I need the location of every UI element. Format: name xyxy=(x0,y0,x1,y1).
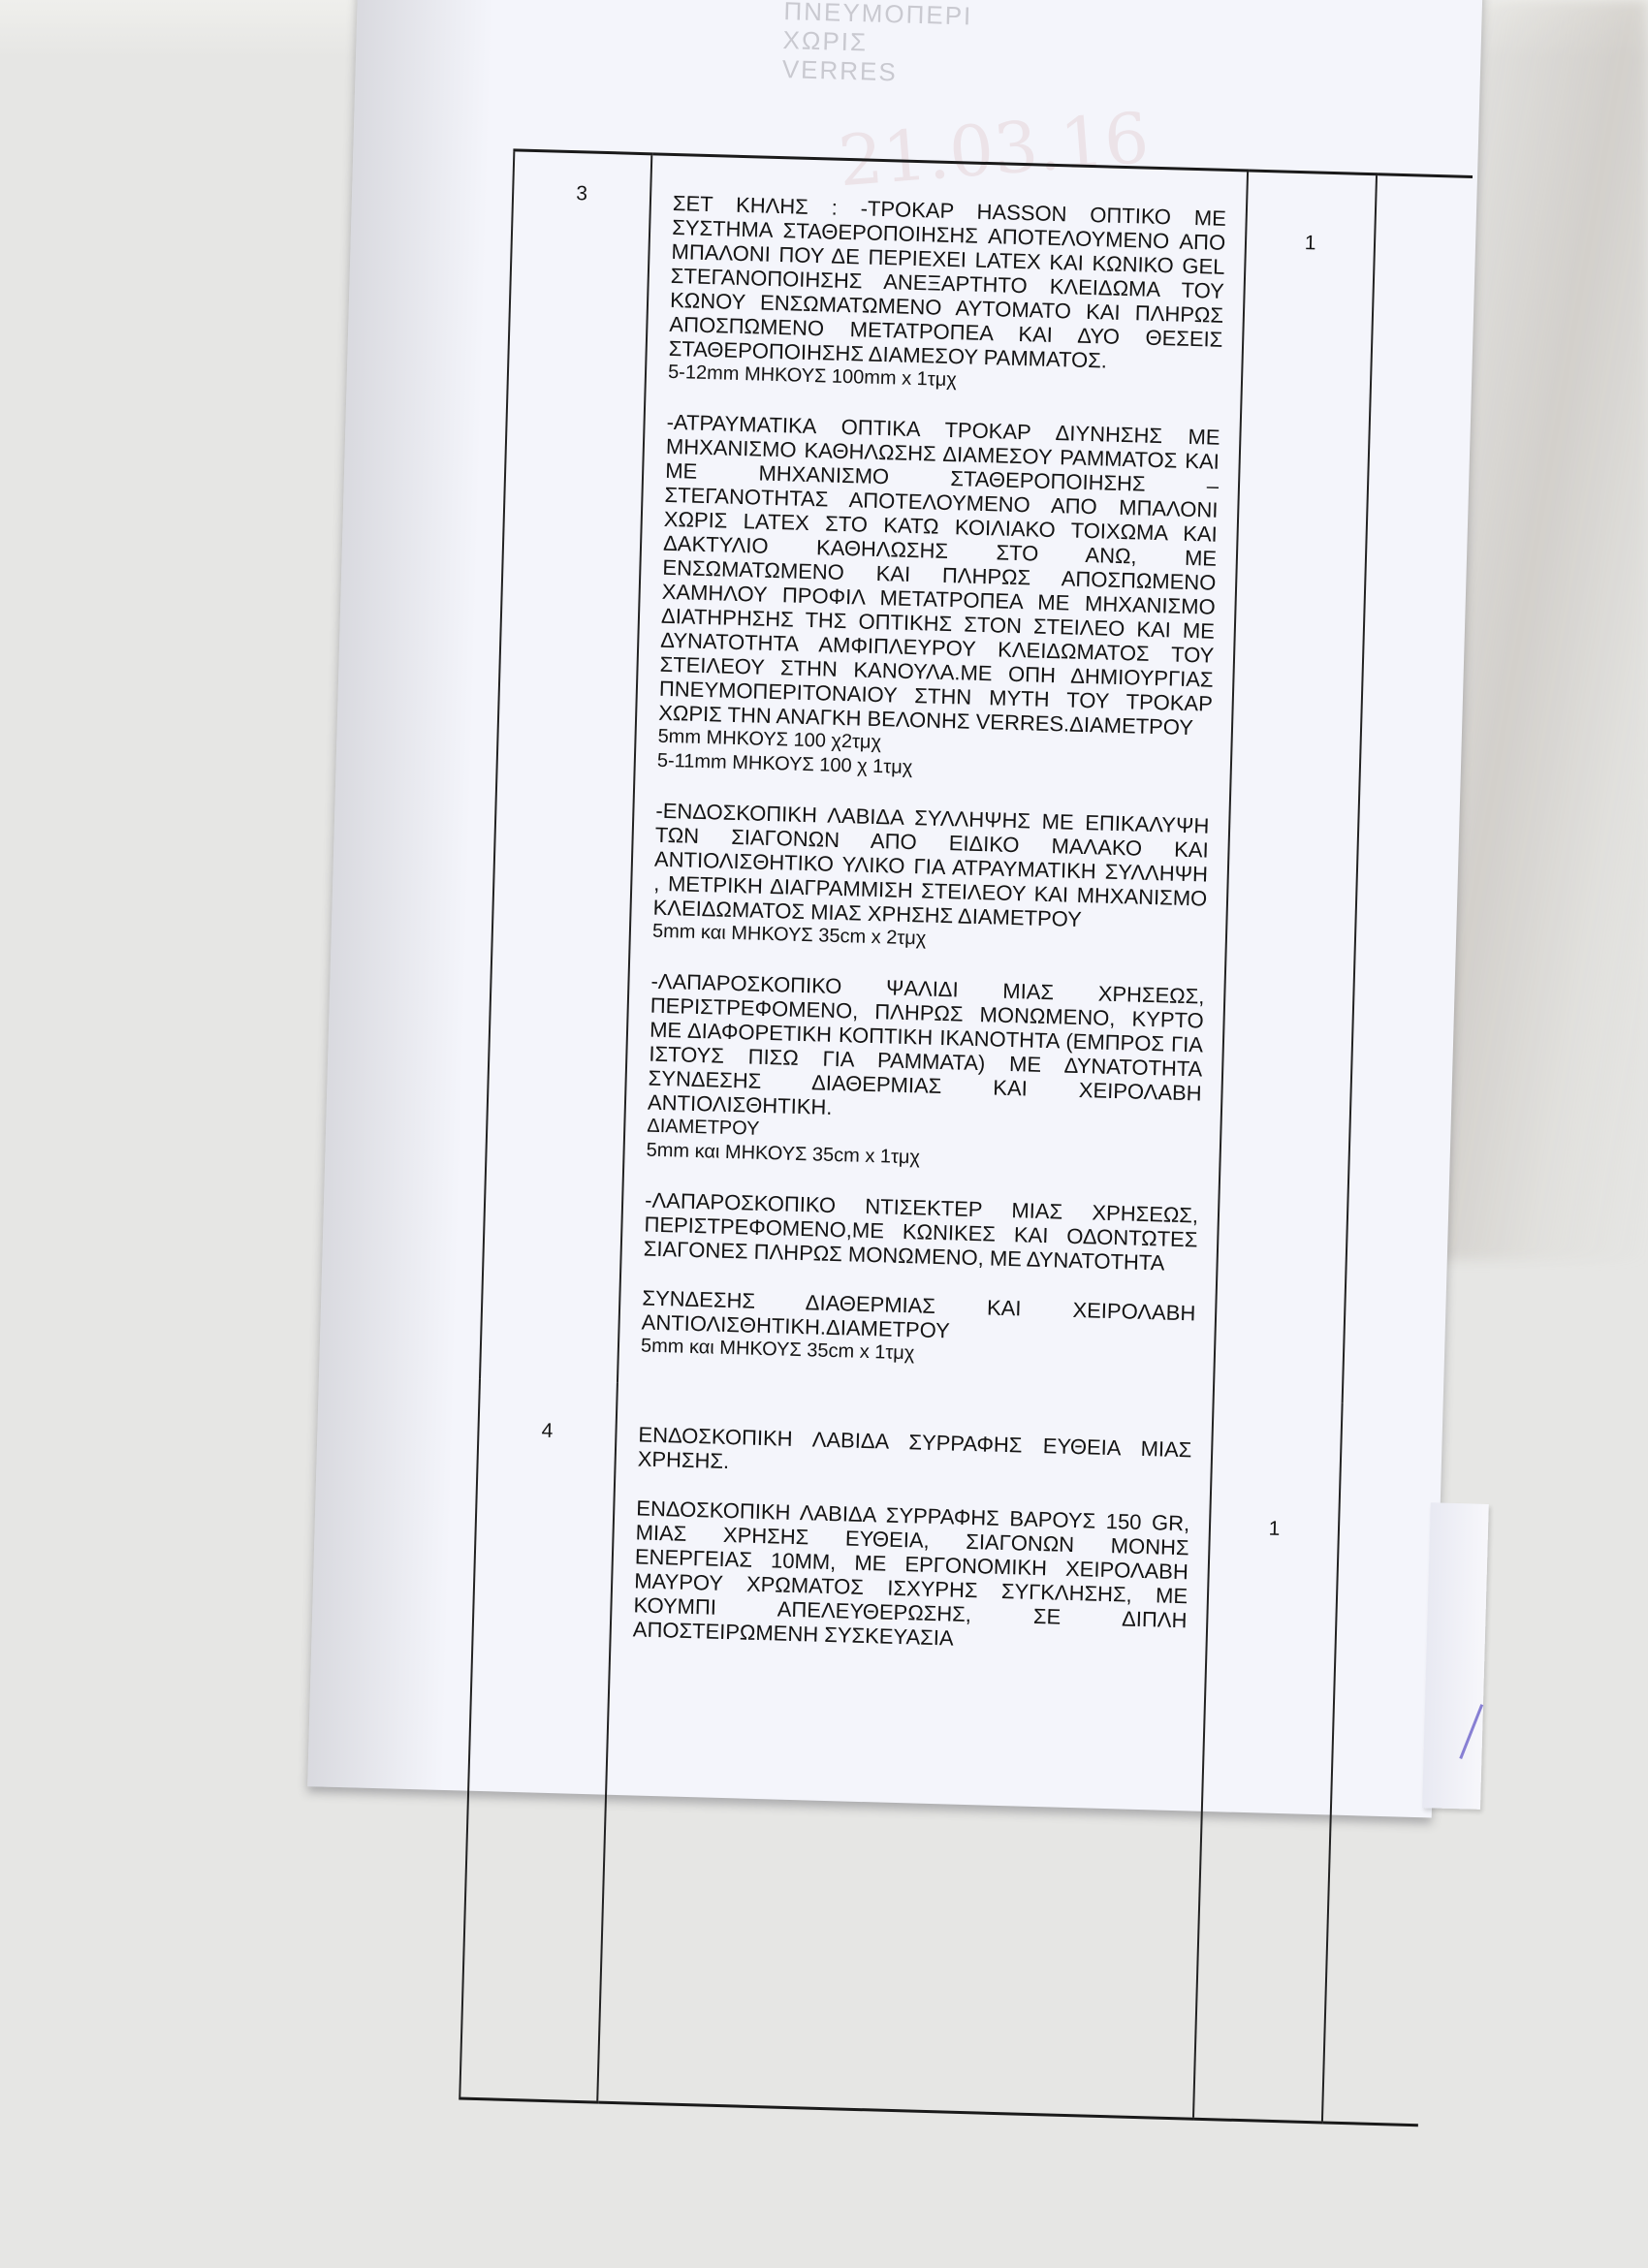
description-block: ΣΕΤ ΚΗΛΗΣ : -ΤΡΟΚΑΡ HASSON ΟΠΤΙΚΟ ΜΕ ΣΥΣ… xyxy=(668,191,1226,400)
description-block: ΣΥΝΔΕΣΗΣ ΔΙΑΘΕΡΜΙΑΣ ΚΑΙ ΧΕΙΡΟΛΑΒΗ ΑΝΤΙΟΛ… xyxy=(641,1286,1196,1374)
table-row: 3ΣΕΤ ΚΗΛΗΣ : -ΤΡΟΚΑΡ HASSON ΟΠΤΙΚΟ ΜΕ ΣΥ… xyxy=(480,150,1473,1406)
description-block: -ΛΑΠΑΡΟΣΚΟΠΙΚΟ ΨΑΛΙΔΙ ΜΙΑΣ ΧΡΗΣΕΩΣ, ΠΕΡΙ… xyxy=(646,969,1204,1179)
description-text: ΕΝΔΟΣΚΟΠΙΚΗ ΛΑΒΙΔΑ ΣΥΡΡΑΦΗΣ ΕΥΘΕΙΑ ΜΙΑΣ … xyxy=(637,1422,1191,1486)
description-text: -ΛΑΠΑΡΟΣΚΟΠΙΚΟ ΝΤΙΣΕΚΤΕΡ ΜΙΑΣ ΧΡΗΣΕΩΣ, Π… xyxy=(644,1188,1199,1276)
folded-paper-flap xyxy=(1422,1502,1489,1810)
description-block: -ΕΝΔΟΣΚΟΠΙΚΗ ΛΑΒΙΔΑ ΣΥΛΛΗΨΗΣ ΜΕ ΕΠΙΚΑΛΥΨ… xyxy=(652,799,1210,960)
item-description: ΕΝΔΟΣΚΟΠΙΚΗ ΛΑΒΙΔΑ ΣΥΡΡΑΦΗΣ ΕΥΘΕΙΑ ΜΙΑΣ … xyxy=(597,1383,1214,2119)
show-through-text: ΠΝΕΥΜΟΠΕΡΙ ΧΩΡΙΣ VERRES xyxy=(781,0,972,88)
items-table: 3ΣΕΤ ΚΗΛΗΣ : -ΤΡΟΚΑΡ HASSON ΟΠΤΙΚΟ ΜΕ ΣΥ… xyxy=(459,148,1473,2126)
table-row: 4ΕΝΔΟΣΚΟΠΙΚΗ ΛΑΒΙΔΑ ΣΥΡΡΑΦΗΣ ΕΥΘΕΙΑ ΜΙΑΣ… xyxy=(460,1379,1438,2126)
description-text: -ΕΝΔΟΣΚΟΠΙΚΗ ΛΑΒΙΔΑ ΣΥΛΛΗΨΗΣ ΜΕ ΕΠΙΚΑΛΥΨ… xyxy=(652,799,1209,935)
description-text: -ΛΑΠΑΡΟΣΚΟΠΙΚΟ ΨΑΛΙΔΙ ΜΙΑΣ ΧΡΗΣΕΩΣ, ΠΕΡΙ… xyxy=(648,969,1205,1130)
description-block: ΕΝΔΟΣΚΟΠΙΚΗ ΛΑΒΙΔΑ ΣΥΡΡΑΦΗΣ ΒΑΡΟΥΣ 150 G… xyxy=(633,1496,1190,1656)
empty-column xyxy=(1322,1403,1439,2126)
description-block: -ΛΑΠΑΡΟΣΚΟΠΙΚΟ ΝΤΙΣΕΚΤΕΡ ΜΙΑΣ ΧΡΗΣΕΩΣ, Π… xyxy=(644,1188,1199,1276)
item-quantity: 1 xyxy=(1193,1400,1343,2123)
description-text: ΣΕΤ ΚΗΛΗΣ : -ΤΡΟΚΑΡ HASSON ΟΠΤΙΚΟ ΜΕ ΣΥΣ… xyxy=(668,191,1226,376)
description-text: -ΑΤΡΑΥΜΑΤΙΚΑ ΟΠΤΙΚΑ ΤΡΟΚΑΡ ΔΙΥΝΗΣΗΣ ΜΕ Μ… xyxy=(658,410,1220,740)
description-block: -ΑΤΡΑΥΜΑΤΙΚΑ ΟΠΤΙΚΑ ΤΡΟΚΑΡ ΔΙΥΝΗΣΗΣ ΜΕ Μ… xyxy=(657,410,1220,789)
description-block: ΕΝΔΟΣΚΟΠΙΚΗ ΛΑΒΙΔΑ ΣΥΡΡΑΦΗΣ ΕΥΘΕΙΑ ΜΙΑΣ … xyxy=(637,1422,1191,1486)
item-number: 4 xyxy=(460,1379,618,2102)
description-text: ΕΝΔΟΣΚΟΠΙΚΗ ΛΑΒΙΔΑ ΣΥΡΡΑΦΗΣ ΒΑΡΟΥΣ 150 G… xyxy=(633,1496,1190,1656)
item-description: ΣΕΤ ΚΗΛΗΣ : -ΤΡΟΚΑΡ HASSON ΟΠΤΙΚΟ ΜΕ ΣΥΣ… xyxy=(618,154,1248,1400)
scanned-paper-sheet: ΠΝΕΥΜΟΠΕΡΙ ΧΩΡΙΣ VERRES 21.03.16 3ΣΕΤ ΚΗ… xyxy=(307,0,1483,1817)
